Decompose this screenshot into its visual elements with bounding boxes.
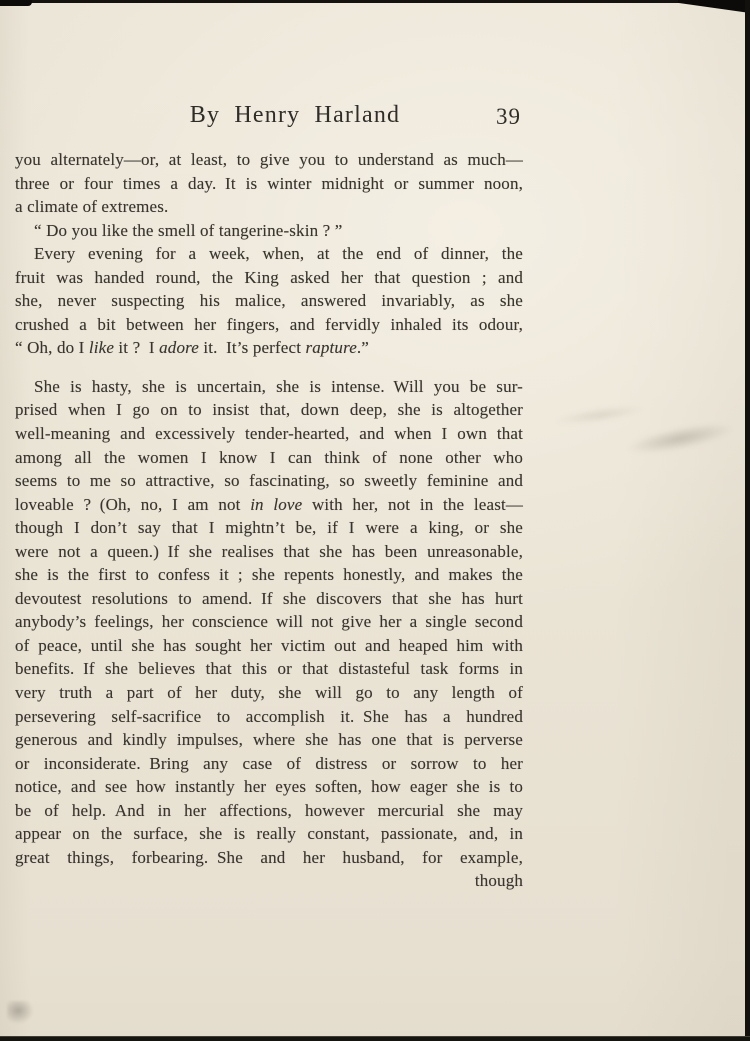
scan-edge-top (0, 0, 750, 3)
text-line: Every evening for a week, when, at the e… (15, 242, 523, 266)
text-line: well-meaning and excessively tender-hear… (15, 422, 523, 446)
text-segment: Every evening for a week, when, at the e… (34, 244, 523, 263)
text-segment: anybody’s feelings, her conscience will … (15, 612, 523, 631)
text-segment: were not a queen.) If she realises that … (15, 542, 523, 561)
text-line: though I don’t say that I mightn’t be, i… (15, 516, 523, 540)
text-segment: “ Oh, do I (15, 338, 89, 357)
paragraph-block: you alternately—or, at least, to give yo… (15, 148, 523, 360)
text-segment: seems to me so attractive, so fascinatin… (15, 471, 523, 490)
page-header: By Henry Harland 39 (15, 102, 523, 136)
paragraph-block: She is hasty, she is uncertain, she is i… (15, 375, 523, 869)
text-line: fruit was handed round, the King asked h… (15, 266, 523, 290)
text-segment: she is the first to confess it ; she rep… (15, 565, 523, 584)
text-segment: she, never suspecting his malice, answer… (15, 291, 523, 310)
text-line: crushed a bit between her fingers, and f… (15, 313, 523, 337)
text-line: of peace, until she has sought her victi… (15, 634, 523, 658)
text-line: though (15, 869, 523, 893)
text-line: “ Do you like the smell of tangerine-ski… (15, 219, 523, 243)
text-segment: it ? I (114, 338, 159, 357)
text-segment: be of help. And in her affections, howev… (15, 801, 523, 820)
text-line: anybody’s feelings, her conscience will … (15, 610, 523, 634)
text-line: you alternately—or, at least, to give yo… (15, 148, 523, 172)
text-segment: generous and kindly impulses, where she … (15, 730, 523, 749)
paragraph-block: though (15, 869, 523, 893)
text-line: or inconsiderate. Bring any case of dist… (15, 752, 523, 776)
text-segment: very truth a part of her duty, she will … (15, 683, 523, 702)
text-segment: of peace, until she has sought her victi… (15, 636, 523, 655)
text-segment: .” (357, 338, 369, 357)
text-line: she, never suspecting his malice, answer… (15, 289, 523, 313)
text-line: devoutest resolutions to amend. If she d… (15, 587, 523, 611)
text-segment: devoutest resolutions to amend. If she d… (15, 589, 523, 608)
text-segment: persevering self-sacrifice to accomplish… (15, 707, 523, 726)
text-segment: or inconsiderate. Bring any case of dist… (15, 754, 523, 773)
text-segment: crushed a bit between her fingers, and f… (15, 315, 523, 334)
text-segment: it. It’s perfect (199, 338, 306, 357)
text-line: loveable ? (Oh, no, I am not in love wit… (15, 493, 523, 517)
text-segment: great things, forbearing. She and her hu… (15, 848, 523, 867)
text-line: “ Oh, do I like it ? I adore it. It’s pe… (15, 336, 523, 360)
text-line: generous and kindly impulses, where she … (15, 728, 523, 752)
text-line: very truth a part of her duty, she will … (15, 681, 523, 705)
text-line: appear on the surface, she is really con… (15, 822, 523, 846)
text-line: notice, and see how instantly her eyes s… (15, 775, 523, 799)
paper-smudge (7, 1001, 35, 1025)
text-segment: loveable ? (Oh, no, I am not (15, 495, 250, 514)
text-segment: a climate of extremes. (15, 197, 168, 216)
text-segment: notice, and see how instantly her eyes s… (15, 777, 523, 796)
italic-text: adore (159, 338, 199, 357)
text-line: prised when I go on to insist that, down… (15, 398, 523, 422)
italic-text: like (89, 338, 114, 357)
text-line: a climate of extremes. (15, 195, 523, 219)
text-line: be of help. And in her affections, howev… (15, 799, 523, 823)
italic-text: in love (250, 495, 302, 514)
running-title: By Henry Harland (190, 102, 400, 129)
text-segment: appear on the surface, she is really con… (15, 824, 523, 843)
text-segment: with her, not in the least— (302, 495, 523, 514)
text-segment: you alternately—or, at least, to give yo… (15, 150, 523, 169)
text-line: persevering self-sacrifice to accomplish… (15, 705, 523, 729)
scan-edge-right (745, 0, 750, 1041)
scan-corner-top-left (0, 0, 32, 6)
page-body: you alternately—or, at least, to give yo… (15, 148, 523, 893)
page-content: By Henry Harland 39 you alternately—or, … (15, 102, 523, 893)
text-line: She is hasty, she is uncertain, she is i… (15, 375, 523, 399)
text-line: three or four times a day. It is winter … (15, 172, 523, 196)
page-number: 39 (496, 104, 521, 130)
text-line: great things, forbearing. She and her hu… (15, 846, 523, 870)
text-line: she is the first to confess it ; she rep… (15, 563, 523, 587)
scanned-book-page: By Henry Harland 39 you alternately—or, … (0, 0, 750, 1041)
text-line: were not a queen.) If she realises that … (15, 540, 523, 564)
text-line: seems to me so attractive, so fascinatin… (15, 469, 523, 493)
text-segment: prised when I go on to insist that, down… (15, 400, 523, 419)
text-segment: three or four times a day. It is winter … (15, 174, 523, 193)
text-segment: “ Do you like the smell of tangerine-ski… (34, 221, 342, 240)
text-segment: benefits. If she believes that this or t… (15, 659, 523, 678)
text-segment: though I don’t say that I mightn’t be, i… (15, 518, 523, 537)
text-segment: well-meaning and excessively tender-hear… (15, 424, 523, 443)
text-segment: She is hasty, she is uncertain, she is i… (34, 377, 523, 396)
text-line: benefits. If she believes that this or t… (15, 657, 523, 681)
text-line: among all the women I know I can think o… (15, 446, 523, 470)
text-segment: fruit was handed round, the King asked h… (15, 268, 523, 287)
text-segment: among all the women I know I can think o… (15, 448, 523, 467)
text-segment: though (475, 871, 523, 890)
scan-corner-top-right (678, 0, 750, 13)
scan-edge-bottom (0, 1036, 750, 1041)
italic-text: rapture (305, 338, 356, 357)
